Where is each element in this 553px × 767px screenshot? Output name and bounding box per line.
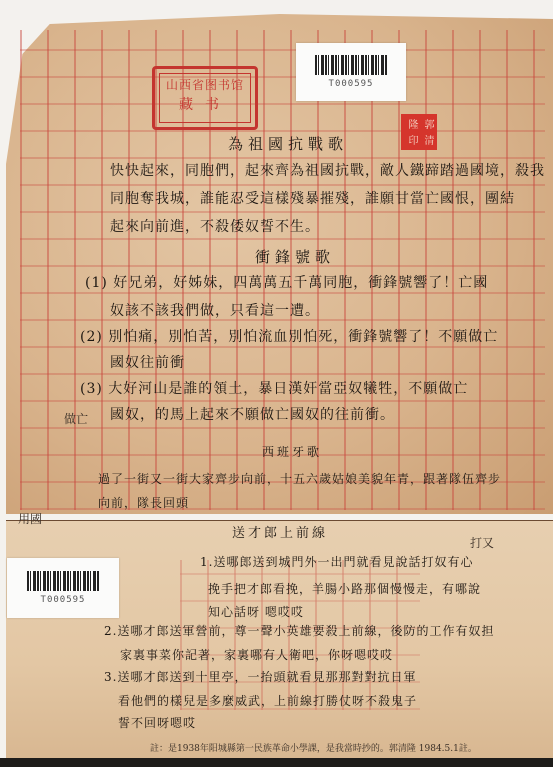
barcode-icon: [27, 571, 99, 591]
song2-line: (2) 別怕痛，別怕苦，別怕流血別怕死，衝鋒號響了！不願做亡: [80, 326, 498, 346]
song1-title: 為祖國抗戰歌: [228, 133, 348, 154]
song4-line: 2.送哪才郎送軍營前，尊一聲小英雄要殺上前線，後防的工作有奴担: [104, 622, 494, 639]
song4-title: 送才郎上前線: [232, 522, 328, 541]
song4-annotation: 打又: [470, 534, 494, 551]
song4-line: 1.送哪郎送到城門外一出門就看見說話打奴有心: [200, 553, 473, 570]
song2-line: 奴該不該我們做，只看這一遭。: [110, 300, 320, 320]
red-manuscript-grid: [20, 30, 545, 510]
footnote: 註：是1938年阳城縣第一民族革命小學課，是我當時抄的。郭清隆 1984.5.1…: [150, 741, 477, 754]
barcode-label-top: T000595: [296, 43, 406, 101]
barcode-icon: [315, 55, 387, 75]
personal-seal-stamp: 郭清 隆印: [401, 114, 437, 150]
song3-line: 向前，隊長回頭: [98, 494, 189, 511]
song2-line: 國奴，的馬上起來不願做亡國奴的往前衝。: [110, 404, 395, 424]
song1-line: 同胞奪我城，誰能忍受這樣殘暴摧殘，誰願甘當亡國恨，團結: [110, 188, 515, 208]
song4-line: 知心話呀 嗯哎哎: [208, 603, 304, 620]
song3-title: 西班牙歌: [262, 443, 322, 460]
song4-line: 3.送哪才郎送到十里亭，一抬頭就看見那那對對抗日軍: [104, 668, 416, 685]
fragment-text: 用國: [18, 510, 42, 527]
margin-note: 做亡: [64, 410, 88, 427]
song4-line: 誓不回呀嗯哎: [118, 714, 196, 731]
song1-line: 起來向前進，不殺倭奴誓不生。: [110, 216, 320, 236]
barcode-label-left: T000595: [7, 558, 119, 618]
song2-line: (1) 好兄弟，好姊妹，四萬萬五千萬同胞，衝鋒號響了！亡國: [85, 272, 488, 292]
library-collection-stamp: 山西省图书馆 藏书: [152, 66, 258, 130]
song2-line: 國奴往前衝: [110, 352, 185, 372]
song2-line: (3) 大好河山是誰的領土，暴日漢奸當亞奴犧牲，不願做亡: [80, 378, 468, 398]
song4-line: 家裏事菜你記著，家裏哪有人衛吧，你呀嗯哎哎: [120, 646, 393, 663]
song4-line: 挽手把才郎看挽，羊腸小路那個慢慢走，有哪說: [208, 580, 481, 597]
song1-line: 快快起來，同胞們，起來齊為祖國抗戰，敵人鐵蹄踏過國境，殺我: [110, 160, 545, 180]
scan-bottom-edge: [0, 758, 553, 767]
song4-line: 看他們的樣兒是多麼威武，上前線打勝仗呀不殺鬼子: [118, 692, 417, 709]
song2-title: 衝鋒號歌: [255, 246, 335, 267]
song3-line: 過了一街又一街大家齊步向前，十五六歲姑娘美貌年青，跟著隊伍齊步: [98, 470, 501, 487]
